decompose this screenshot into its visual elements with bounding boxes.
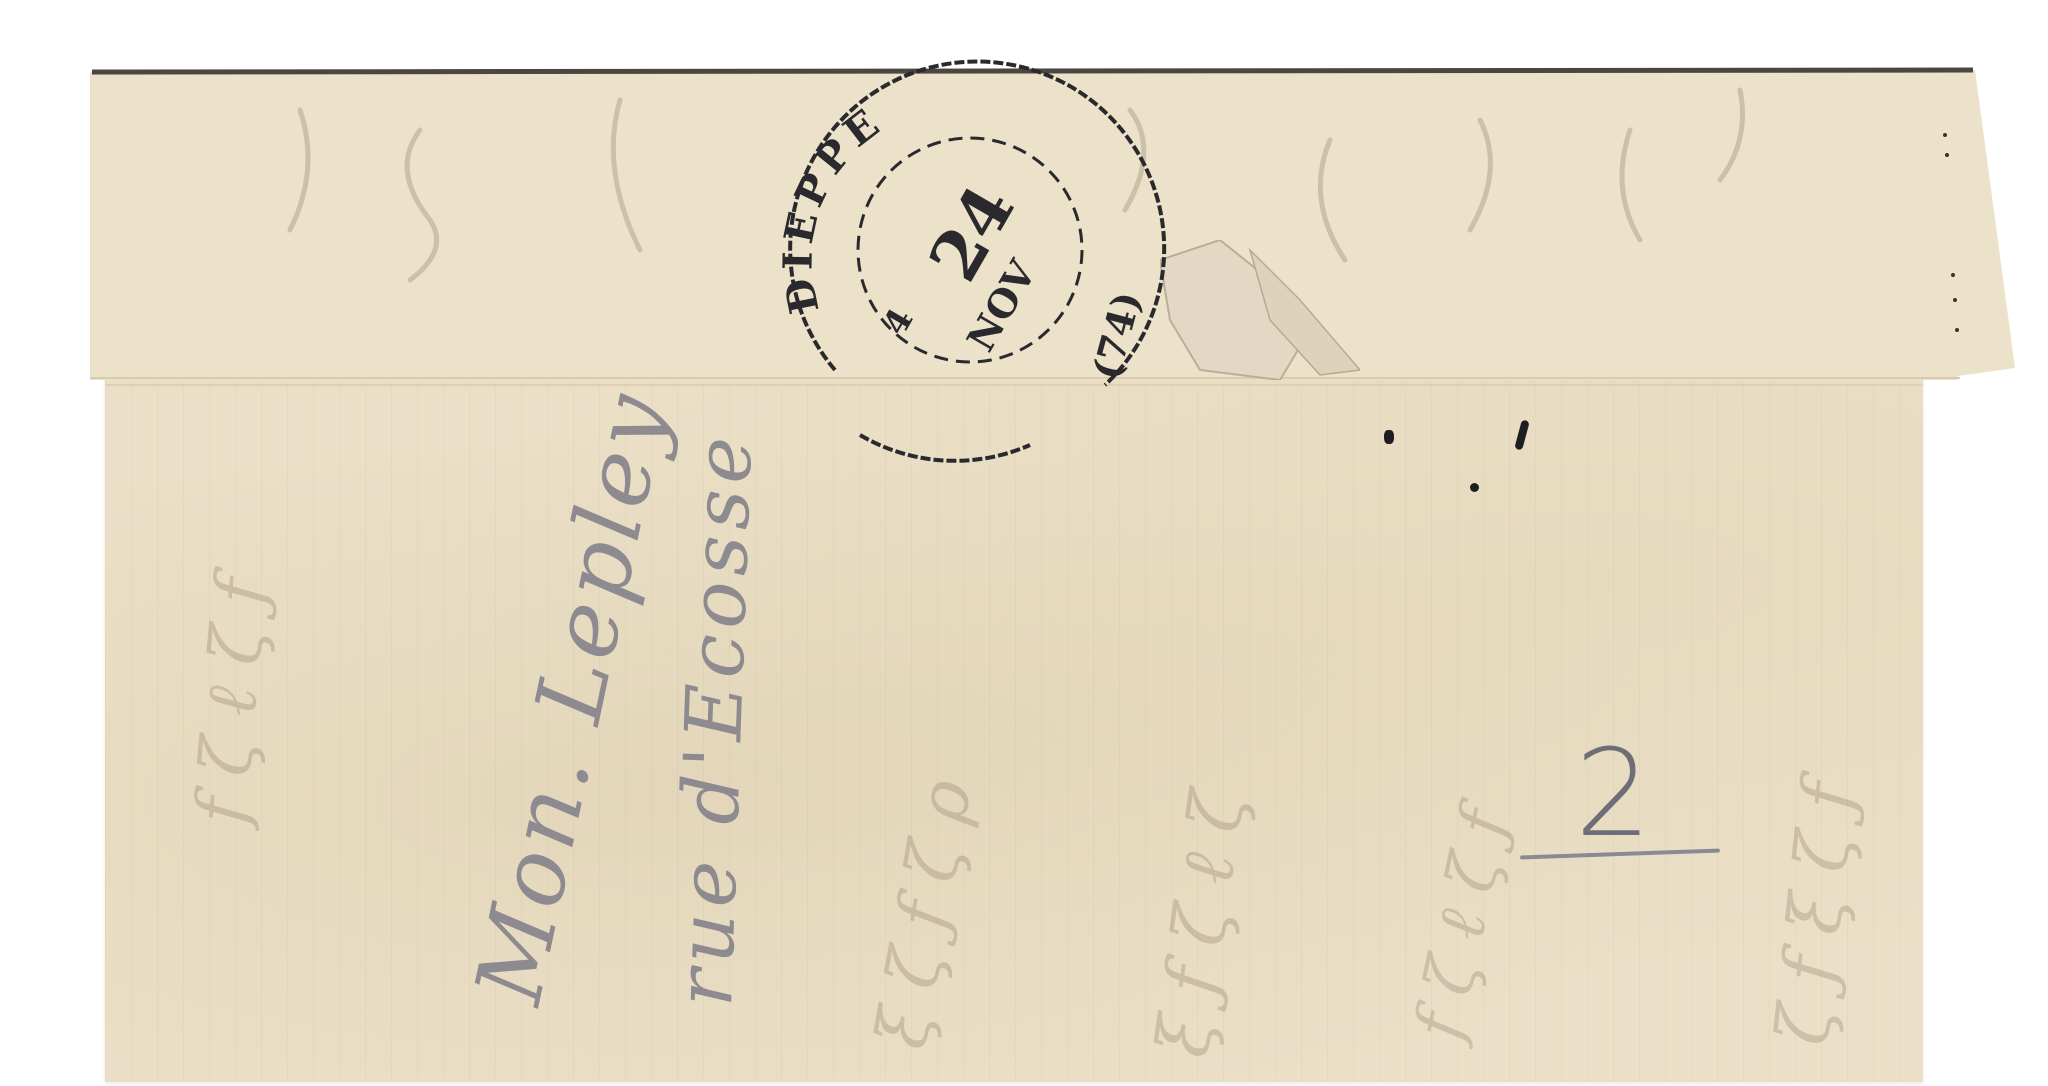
- ink-speck: [1470, 483, 1479, 492]
- ink-speck: [1384, 430, 1394, 444]
- postmark-town: DIEPPE: [774, 97, 892, 318]
- seal-tear: [1160, 240, 1360, 380]
- postmark-department: (74): [1083, 287, 1149, 384]
- postmark-year: 4: [875, 302, 921, 343]
- rate-marking: 2: [1575, 725, 1651, 864]
- letter-scan: f ζ ℓ ζ ƒ ξ ζ ƒ ζ ρ ξ ƒ ζ ℓ ζ ζ ƒ ξ ζ ƒ …: [0, 0, 2048, 1086]
- svg-text:DIEPPE: DIEPPE: [774, 97, 892, 318]
- dieppe-postmark: DIEPPE 24 NOV 4 (74): [760, 50, 1180, 470]
